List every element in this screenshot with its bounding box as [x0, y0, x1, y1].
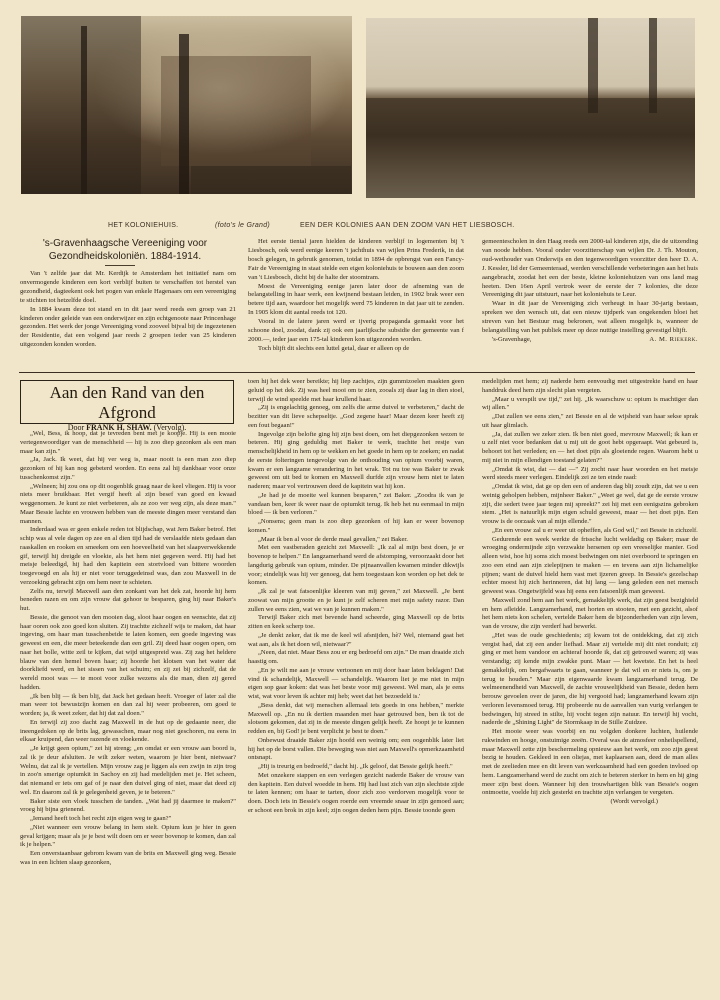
paragraph: „Maar u verspilt uw tijd," zei hij. „Ik …: [482, 396, 698, 414]
paragraph: „Het was de oude geschiedenis; zij kwam …: [482, 632, 698, 728]
paragraph: Het eerste tiental jaren hielden de kind…: [248, 238, 464, 283]
article-column-3: gemeentescholen in den Haag reeds een 20…: [482, 238, 698, 345]
story-title: Aan den Rand van den Afgrond: [21, 383, 233, 423]
paragraph: „Ja, dat zullen we zeker zien. Ik ben ni…: [482, 431, 698, 466]
paragraph: medelijden met hem; zij naderde hem eenv…: [482, 378, 698, 396]
signature-line: 's-Gravenhage, A. M. Riekerk.: [482, 336, 698, 345]
paragraph: „Hij is treurig en bedroefd," dacht hij.…: [248, 763, 464, 772]
paragraph: „Je denkt zeker, dat ik me de keel wil a…: [248, 632, 464, 650]
section-divider: [19, 372, 695, 373]
to-be-continued: (Wordt vervolgd.): [482, 798, 698, 807]
group-people: [366, 98, 695, 198]
photo-caption-right: EEN DER KOLONIES AAN DEN ZOOM VAN HET LI…: [300, 222, 514, 229]
article-title-line1: 's-Gravenhaagsche Vereeniging voor: [30, 237, 220, 250]
paragraph: Waar in dit jaar de Vereeniging zich ver…: [482, 300, 698, 336]
article-title-line2: Gezondheidskoloniën. 1884-1914.: [30, 250, 220, 263]
paragraph: „Welneen; hij zou ons op dit oogenblik g…: [20, 483, 236, 527]
paragraph: „Omdat ik wist, dat ge op den een of and…: [482, 483, 698, 527]
paragraph: „Neen, dat niet. Maar Bess zou er erg be…: [248, 649, 464, 667]
paragraph: Met onzekere stappen en een verlegen gez…: [248, 772, 464, 816]
story-column-2: toen hij het dek weer bereikte; hij liep…: [248, 378, 464, 816]
paragraph: „Ik ben blij — ik ben blij, dat Jack het…: [20, 693, 236, 719]
paragraph: „Ja, Jack. Ik weet, dat hij ver weg is, …: [20, 456, 236, 482]
paragraph: Zelfs nu, terwijl Maxwell aan den zonkan…: [20, 588, 236, 614]
article-title: 's-Gravenhaagsche Vereeniging voor Gezon…: [30, 237, 220, 263]
article-column-2: Het eerste tiental jaren hielden de kind…: [248, 238, 464, 354]
story-column-3: medelijden met hem; zij naderde hem eenv…: [482, 378, 698, 807]
paragraph: toen hij het dek weer bereikte; hij liep…: [248, 378, 464, 404]
paragraph: gemeentescholen in den Haag reeds een 20…: [482, 238, 698, 300]
paragraph: „En je wilt me aan je vrouw vertoonen en…: [248, 667, 464, 702]
paragraph: Bessie, die genoot van den mooien dag, s…: [20, 614, 236, 693]
paragraph: „Zij is engelachtig genoeg, om zelfs die…: [248, 404, 464, 430]
paragraph: In 1884 kwam deze tot stand en in dit ja…: [20, 306, 236, 351]
paragraph: Van 't zelfde jaar dat Mr. Kerdijk te Am…: [20, 270, 236, 306]
paragraph: „Nonsens; geen man is zoo diep gezonken …: [248, 518, 464, 536]
children-group: [191, 166, 351, 194]
paragraph: Het mooie weer was voorbij en nu volgden…: [482, 728, 698, 798]
paragraph: „En een vrouw zal u er weer uit opheffen…: [482, 527, 698, 536]
paragraph: Ingevolge zijn belofte ging hij zijn bes…: [248, 431, 464, 492]
tree-trunk: [179, 34, 189, 194]
signature-place: 's-Gravenhage,: [482, 336, 531, 345]
trees-shadow: [21, 16, 141, 194]
paragraph: Toch blijft dit slechts een luttel getal…: [248, 345, 464, 354]
koloniehuis-photo: [21, 16, 352, 194]
photo-credit: (foto's le Grand): [215, 222, 270, 229]
paragraph: Moest de Vereeniging eenige jaren later …: [248, 283, 464, 319]
paragraph: „Omdat ik wist, dat — dat —" Zij zocht n…: [482, 466, 698, 484]
paragraph: „Wel, Bess, ik hoop, dat je tevreden ben…: [20, 430, 236, 456]
paragraph: Onbewust draaide Baker zijn hoofd een we…: [248, 737, 464, 763]
paragraph: „Ik zal je wat fatsoenlijke kleeren van …: [248, 588, 464, 614]
paragraph: Met een vastberaden gezicht zei Maxwell:…: [248, 544, 464, 588]
paragraph: „Iemand heeft toch het recht zijn eigen …: [20, 815, 236, 824]
story-title-box: Aan den Rand van den Afgrond Door FRANK …: [20, 380, 234, 424]
paragraph: Een onverstaanbaar gebrom kwam van de br…: [20, 850, 236, 868]
paragraph: Terwijl Baker zich met bevende hand sche…: [248, 614, 464, 632]
paragraph: „Bess denkt, dat wij menschen allemaal i…: [248, 702, 464, 737]
paragraph: En terwijl zij zoo dacht zag Maxwell in …: [20, 719, 236, 745]
signature-author: A. M. Riekerk.: [639, 336, 698, 345]
paragraph: Baker siste een vloek tusschen de tanden…: [20, 798, 236, 816]
paragraph: Maxwell zond hem aan het werk, gemakkeli…: [482, 597, 698, 632]
article-column-1: Van 't zelfde jaar dat Mr. Kerdijk te Am…: [20, 270, 236, 350]
paragraph: „Je krijgt geen opium," zei hij streng; …: [20, 745, 236, 798]
paragraph: „Niet wanneer een vrouw belang in hem st…: [20, 824, 236, 850]
paragraph: „Dat zullen we eens zien," zei Bessie en…: [482, 413, 698, 431]
paragraph: Gedurende een week werkte de frissche lu…: [482, 536, 698, 597]
paragraph: „Maar ik ben al voor de derde maal geval…: [248, 536, 464, 545]
kolonie-group-photo: [366, 18, 695, 198]
paragraph: Vooral in de latere jaren werd er ijveri…: [248, 318, 464, 345]
story-column-1: „Wel, Bess, ik hoop, dat je tevreden ben…: [20, 430, 236, 868]
paragraph: Inderdaad was er geen enkele reden tot b…: [20, 526, 236, 587]
title-divider: [105, 265, 135, 266]
photo-caption-left: HET KOLONIEHUIS.: [108, 222, 178, 229]
paragraph: „Je had je de moeite wel kunnen besparen…: [248, 492, 464, 518]
